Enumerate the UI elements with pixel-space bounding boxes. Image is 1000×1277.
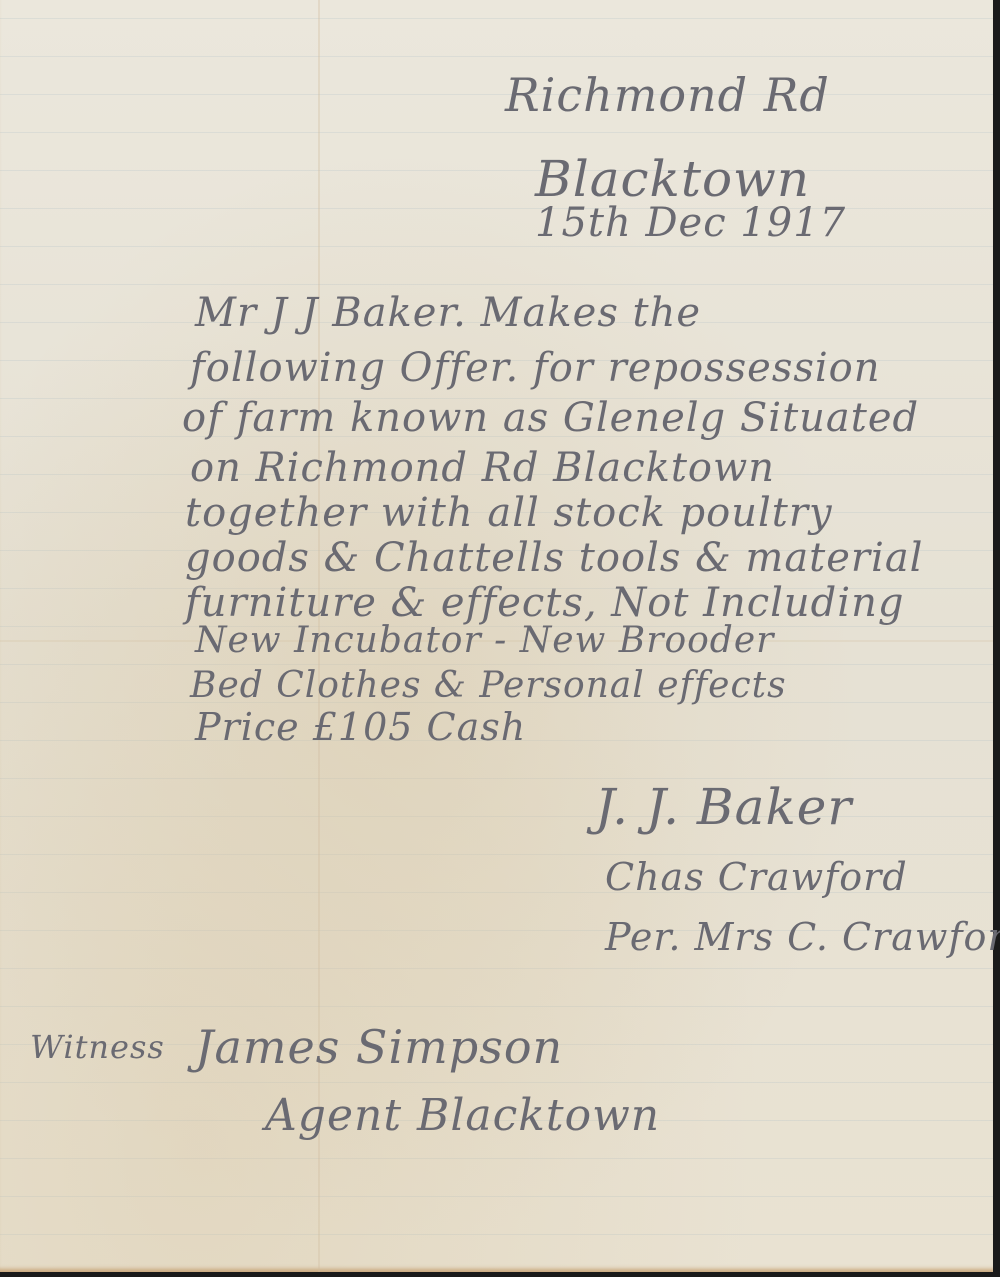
body-line: on Richmond Rd Blacktown: [190, 445, 775, 491]
body-line: following Offer. for repossession: [190, 345, 881, 391]
letter-page: Richmond Rd Blacktown 15th Dec 1917 Mr J…: [0, 0, 993, 1272]
body-line: Bed Clothes & Personal effects: [190, 665, 787, 706]
price-line: Price £105 Cash: [195, 705, 526, 749]
body-line: together with all stock poultry: [185, 490, 833, 536]
signature-crawford: Chas Crawford: [605, 855, 908, 899]
body-line: goods & Chattells tools & material: [185, 535, 923, 581]
signature-baker: J. J. Baker: [595, 778, 852, 836]
body-line: Mr J J Baker. Makes the: [195, 290, 701, 336]
address-line-1: Richmond Rd: [505, 68, 830, 122]
body-line: of farm known as Glenelg Situated: [182, 395, 919, 441]
witness-title: Agent Blacktown: [265, 1090, 660, 1141]
witness-name: James Simpson: [195, 1020, 563, 1074]
body-line: New Incubator - New Brooder: [195, 620, 774, 661]
signature-mrs-crawford: Per. Mrs C. Crawford.: [605, 915, 1000, 959]
letter-date: 15th Dec 1917: [535, 200, 846, 246]
witness-label: Witness: [30, 1028, 165, 1066]
